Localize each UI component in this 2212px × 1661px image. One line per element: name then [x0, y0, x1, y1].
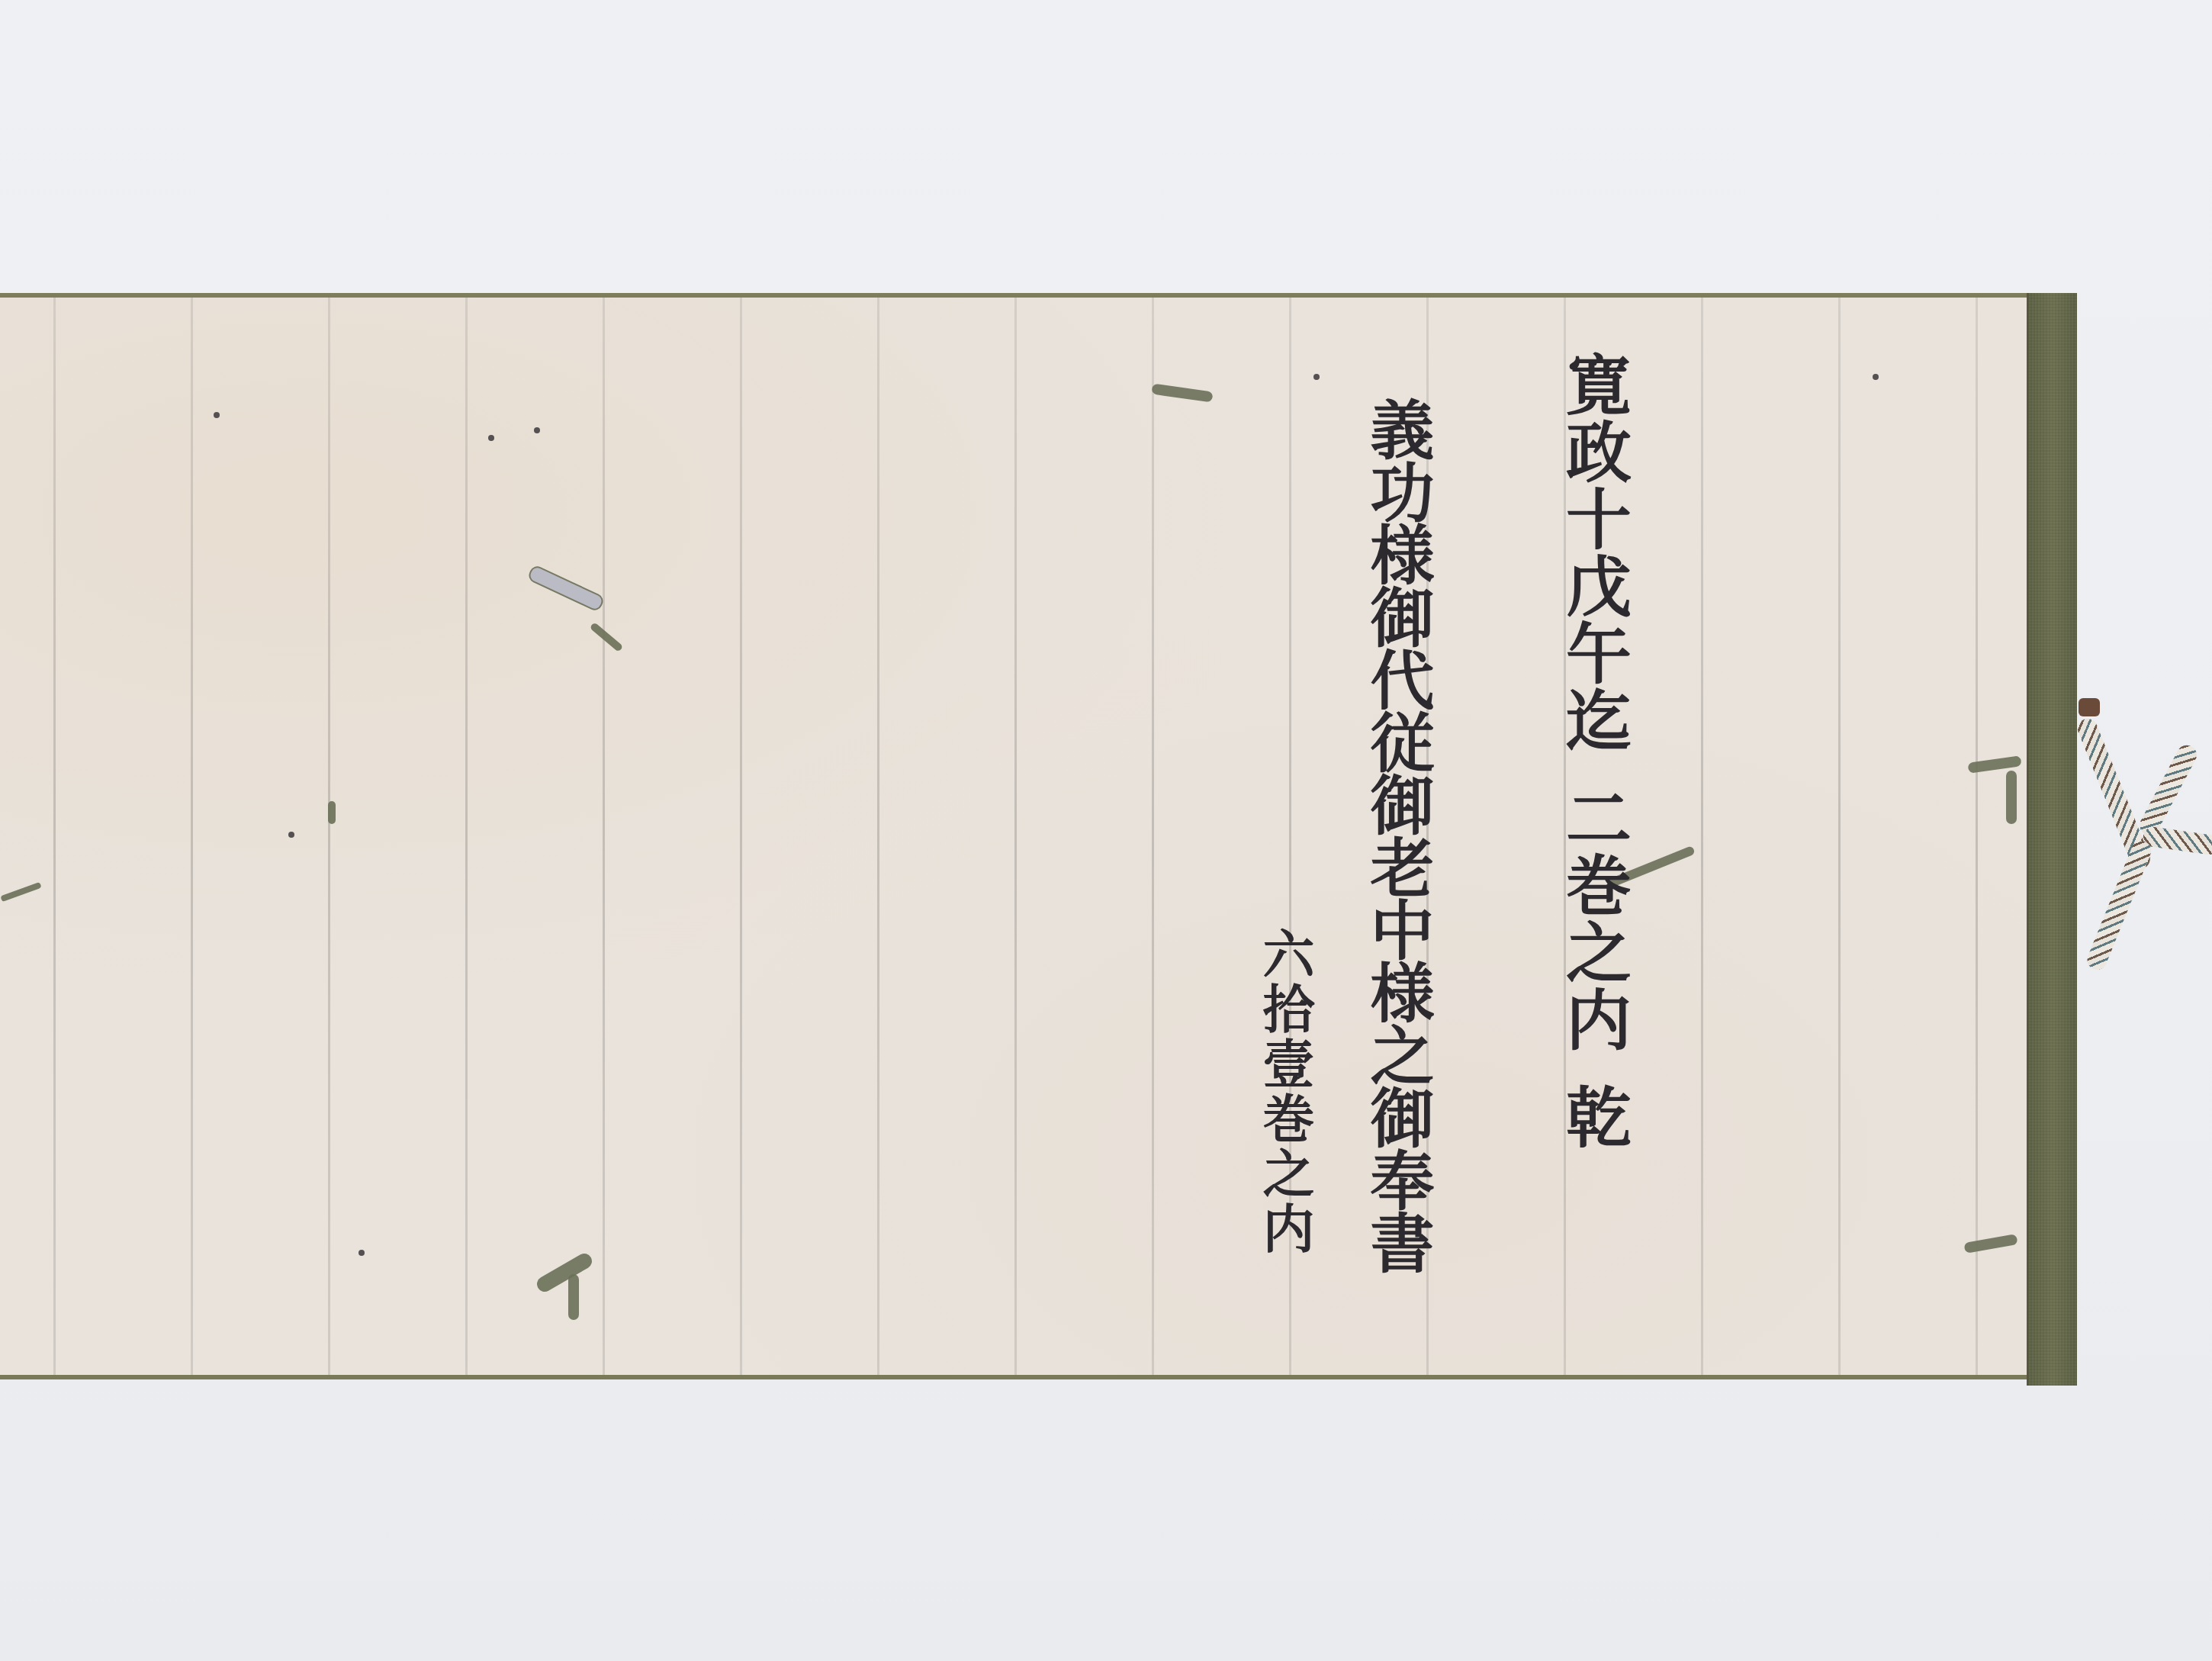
wormhole [1963, 1234, 2017, 1254]
rule-line [1838, 298, 1841, 1375]
wormhole [590, 622, 624, 652]
rule-line [1701, 298, 1703, 1375]
wormhole [534, 1251, 594, 1294]
rule-line [877, 298, 879, 1375]
inscription-column-1: 寛政十戊午迄二巻之内乾 [1560, 351, 1625, 1151]
wormhole-dot [1313, 374, 1320, 380]
tie-cord-end[interactable] [2142, 826, 2212, 856]
cord-fastener [2079, 698, 2100, 716]
volume-count-text: 二巻之内 [1555, 784, 1632, 1053]
wormhole [568, 1274, 579, 1320]
rule-line [191, 298, 193, 1375]
wormhole [328, 801, 336, 824]
tie-cord-loop[interactable] [2136, 742, 2201, 839]
date-range-text: 寛政十戊午迄 [1555, 351, 1632, 754]
handscroll [0, 293, 2032, 1379]
rule-line [1152, 298, 1154, 1375]
rule-line [328, 298, 330, 1375]
rule-line [740, 298, 742, 1375]
scroll-paper [0, 293, 2029, 1379]
wormhole-dot [488, 435, 494, 441]
cloth-cover-edge [2027, 293, 2077, 1386]
wormhole [1151, 384, 1213, 403]
tie-cord-tail[interactable] [2085, 838, 2155, 973]
volume-marker-text: 乾 [1555, 1083, 1632, 1151]
rule-line [1014, 298, 1017, 1375]
rule-line [1976, 298, 1978, 1375]
wormhole [2006, 771, 2017, 824]
wormhole-dot [358, 1250, 365, 1256]
rule-line [53, 298, 56, 1375]
rule-line [465, 298, 468, 1375]
wormhole [526, 564, 606, 613]
wormhole-dot [1873, 374, 1879, 380]
inscription-column-2: 義功様御代従御老中様之御奉書 [1365, 397, 1429, 1273]
wormhole-dot [214, 412, 220, 418]
rule-line [603, 298, 605, 1375]
inscription-column-3: 六拾壹巻之内 [1259, 927, 1310, 1257]
wormhole [0, 882, 41, 902]
wormhole-dot [288, 832, 294, 838]
wormhole-dot [534, 427, 540, 433]
